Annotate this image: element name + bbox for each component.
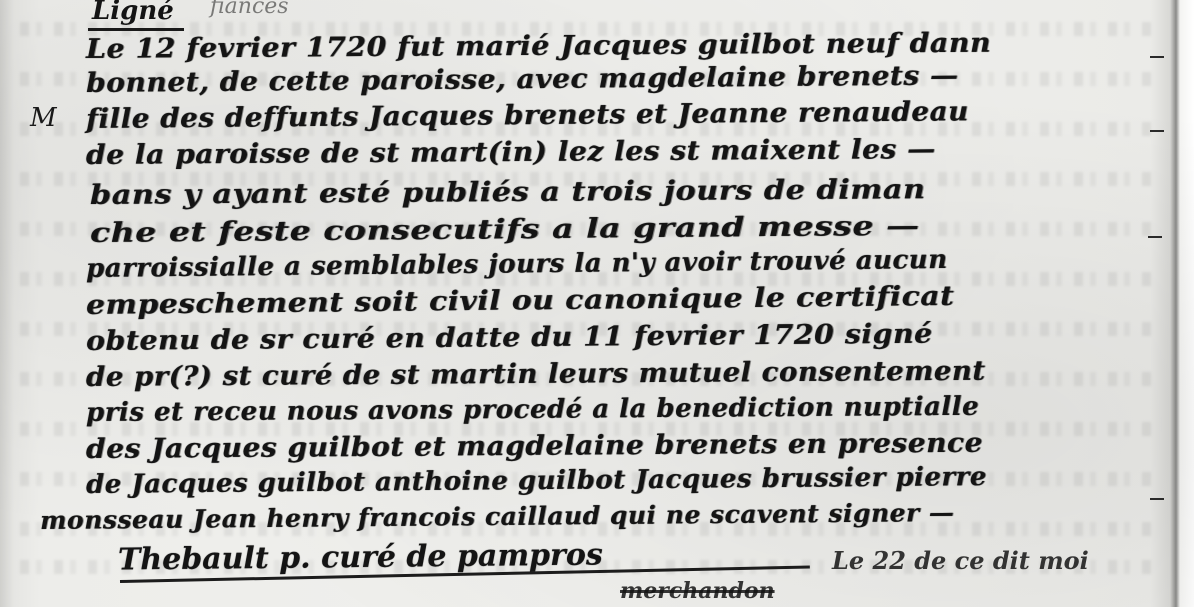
next-entry-struck-word: merchandon [620, 578, 775, 604]
line-end-dash [1150, 130, 1164, 132]
text-line-8: empeschement soit civil ou canonique le … [86, 281, 955, 321]
line-end-dash [1148, 236, 1162, 238]
entry-heading: Ligné [88, 0, 184, 31]
text-line-6: che et feste consecutifs a la grand mess… [90, 211, 920, 249]
text-line-11: pris et receu nous avons procedé a la be… [86, 392, 979, 428]
text-line-4: de la paroisse de st mart(in) lez les st… [86, 134, 936, 171]
text-line-9: obtenu de sr curé en datte du 11 fevrier… [86, 319, 933, 357]
entry-heading-faint: fiancés [210, 0, 289, 19]
line-end-dash [1150, 56, 1164, 58]
text-line-13: de Jacques guilbot anthoine guilbot Jacq… [86, 462, 987, 500]
text-line-12: des Jacques guilbot et magdelaine brenet… [86, 428, 983, 465]
text-line-2: bonnet, de cette paroisse, avec magdelai… [86, 60, 959, 99]
scanned-register-page: Ligné fiancés M Le 12 fevrier 1720 fut m… [0, 0, 1194, 607]
next-entry-fragment: Le 22 de ce dit moi [832, 546, 1089, 575]
margin-note: M [30, 103, 57, 133]
text-line-1: Le 12 fevrier 1720 fut marié Jacques gui… [86, 28, 991, 65]
line-end-dash [1150, 498, 1164, 500]
text-line-10: de pr(?) st curé de st martin leurs mutu… [86, 356, 986, 393]
text-line-5: bans y ayant esté publiés a trois jours … [90, 174, 926, 211]
